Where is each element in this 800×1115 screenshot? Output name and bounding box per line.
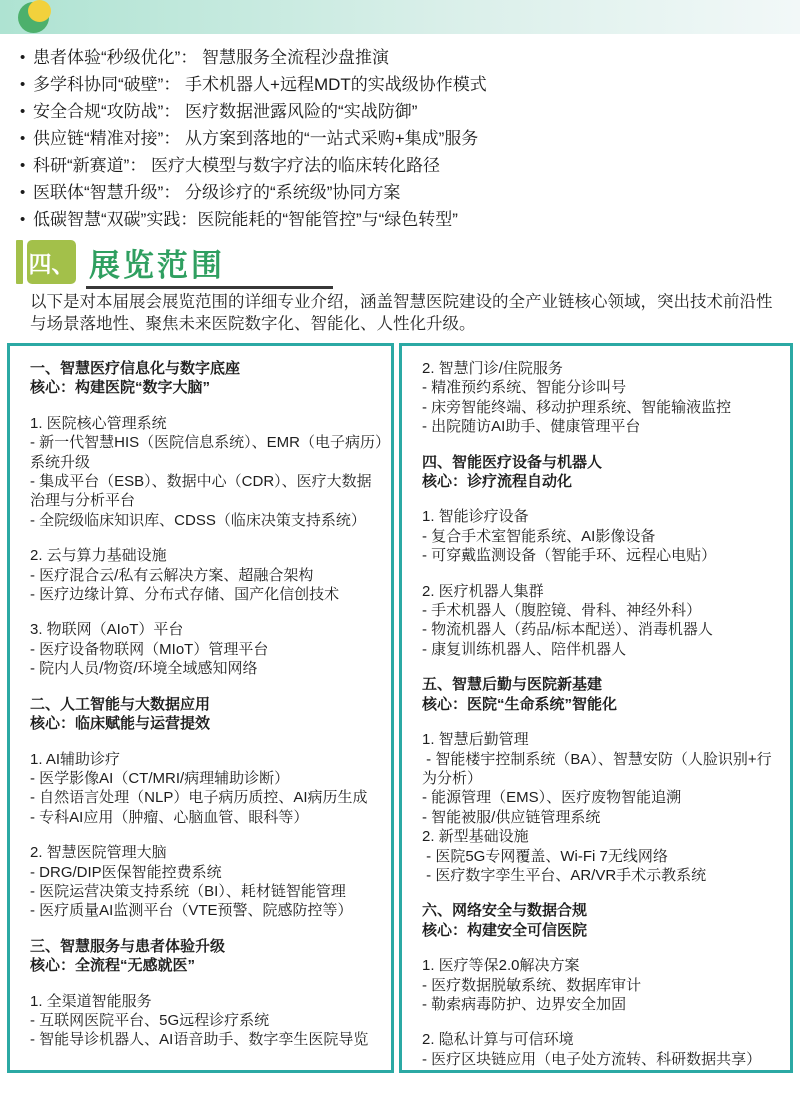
bullet-item: 医联体“智慧升级”： 分级诊疗的“系统级”协同方案: [20, 179, 784, 206]
scope-text-line: - 精准预约系统、智能分诊叫号: [422, 378, 782, 397]
scope-text-line: 3. 物联网（AIoT）平台: [30, 620, 383, 639]
scope-text-line: - 医疗数据脱敏系统、数据库审计: [422, 976, 782, 995]
bullet-item: 科研“新赛道”： 医疗大模型与数字疗法的临床转化路径: [20, 152, 784, 179]
scope-text-line: - 医院运营决策支持系统（BI）、耗材链智能管理: [30, 882, 383, 901]
scope-text-line: - 可穿戴监测设备（智能手环、远程心电贴）: [422, 546, 782, 565]
scope-text-line: - 医学影像AI（CT/MRI/病理辅助诊断）: [30, 769, 383, 788]
scope-heading-line: 核心：构建医院“数字大脑”: [30, 378, 383, 397]
scope-heading-line: 核心：诊疗流程自动化: [422, 472, 782, 491]
scope-text-line: - 医疗数字孪生平台、AR/VR手术示教系统: [422, 866, 782, 885]
scope-text-line: - 可信身份认证（CA数字证书、FIDO）: [422, 1069, 782, 1073]
bullet-item: 患者体验“秒级优化”： 智慧服务全流程沙盘推演: [20, 44, 784, 71]
scope-text-line: - 智能楼宇控制系统（BA）、智慧安防（人脸识别+行为分析）: [422, 750, 782, 789]
scope-text-line: - DRG/DIP医保智能控费系统: [30, 863, 383, 882]
scope-text-line: - 勒索病毒防护、边界安全加固: [422, 995, 782, 1014]
scope-text-line: - 全院级临床知识库、CDSS（临床决策支持系统）: [30, 511, 383, 530]
scope-text-line: - 自然语言处理（NLP）电子病历质控、AI病历生成: [30, 788, 383, 807]
scope-text-line: - 智能被服/供应链管理系统: [422, 808, 782, 827]
scope-text-line: - 床旁智能终端、移动护理系统、智能输液监控: [422, 398, 782, 417]
scope-heading-line: 核心：临床赋能与运营提效: [30, 714, 383, 733]
scope-text-line: 2. 智慧门诊/住院服务: [422, 359, 782, 378]
scope-text-line: - 集成平台（ESB）、数据中心（CDR）、医疗大数据治理与分析平台: [30, 472, 383, 511]
scope-text-line: - 医疗混合云/私有云解决方案、超融合架构: [30, 566, 383, 585]
scope-text-line: 2. 智慧医院管理大脑: [30, 843, 383, 862]
logo-yellow-circle-icon: [28, 0, 51, 22]
scope-text-line: - 康复训练机器人、陪伴机器人: [422, 640, 782, 659]
bullet-item: 供应链“精准对接”： 从方案到落地的“一站式采购+集成”服务: [20, 125, 784, 152]
scope-text-line: - 新一代智慧HIS（医院信息系统）、EMR（电子病历）系统升级: [30, 433, 383, 472]
exhibit-scope-columns: 一、智慧医疗信息化与数字底座核心：构建医院“数字大脑”1. 医院核心管理系统- …: [7, 343, 793, 1073]
scope-text-line: 1. AI辅助诊疗: [30, 750, 383, 769]
scope-text-line: 1. 全渠道智能服务: [30, 992, 383, 1011]
scope-text-line: 2. 医疗机器人集群: [422, 582, 782, 601]
exhibit-scope-box-left: 一、智慧医疗信息化与数字底座核心：构建医院“数字大脑”1. 医院核心管理系统- …: [7, 343, 394, 1073]
scope-text-line: - 物流机器人（药品/标本配送）、消毒机器人: [422, 620, 782, 639]
logo-icon: [0, 0, 60, 40]
intro-paragraph: 以下是对本届展会展览范围的详细专业介绍，涵盖智慧医院建设的全产业链核心领域，突出…: [30, 292, 778, 335]
section-header: 四、 展览范围: [16, 240, 225, 284]
scope-text-line: - 医疗设备物联网（MIoT）管理平台: [30, 640, 383, 659]
scope-text-line: 2. 隐私计算与可信环境: [422, 1030, 782, 1049]
scope-text-line: - 医院5G专网覆盖、Wi-Fi 7无线网络: [422, 847, 782, 866]
section-title: 展览范围: [89, 240, 225, 284]
scope-text-line: 1. 智慧后勤管理: [422, 730, 782, 749]
highlight-bullet-list: 患者体验“秒级优化”： 智慧服务全流程沙盘推演多学科协同“破壁”： 手术机器人+…: [20, 44, 784, 233]
scope-text-line: 1. 医疗等保2.0解决方案: [422, 956, 782, 975]
section-title-underline: [86, 286, 333, 289]
scope-text-line: 2. 云与算力基础设施: [30, 546, 383, 565]
scope-text-line: - 复合手术室智能系统、AI影像设备: [422, 527, 782, 546]
scope-text-line: - 医疗区块链应用（电子处方流转、科研数据共享）: [422, 1050, 782, 1069]
page: 患者体验“秒级优化”： 智慧服务全流程沙盘推演多学科协同“破壁”： 手术机器人+…: [0, 0, 800, 1115]
scope-heading-line: 核心：医院“生命系统”智能化: [422, 695, 782, 714]
scope-heading-line: 六、网络安全与数据合规: [422, 901, 782, 920]
scope-text-line: - 出院随访AI助手、健康管理平台: [422, 417, 782, 436]
scope-heading-line: 四、智能医疗设备与机器人: [422, 453, 782, 472]
bullet-item: 安全合规“攻防战”： 医疗数据泄露风险的“实战防御”: [20, 98, 784, 125]
scope-text-line: - 专科AI应用（肿瘤、心脑血管、眼科等）: [30, 808, 383, 827]
section-index-badge: 四、: [27, 240, 76, 284]
scope-text-line: - 手术机器人（腹腔镜、骨科、神经外科）: [422, 601, 782, 620]
section-accent-bar: [16, 240, 23, 284]
bullet-item: 低碳智慧“双碳”实践：医院能耗的“智能管控”与“绿色转型”: [20, 206, 784, 233]
bullet-item: 多学科协同“破壁”： 手术机器人+远程MDT的实战级协作模式: [20, 71, 784, 98]
scope-heading-line: 核心：全流程“无感就医”: [30, 956, 383, 975]
scope-text-line: 2. 新型基础设施: [422, 827, 782, 846]
scope-heading-line: 三、智慧服务与患者体验升级: [30, 937, 383, 956]
scope-heading-line: 二、人工智能与大数据应用: [30, 695, 383, 714]
scope-text-line: - 院内人员/物资/环境全域感知网络: [30, 659, 383, 678]
exhibit-scope-box-right: 2. 智慧门诊/住院服务- 精准预约系统、智能分诊叫号- 床旁智能终端、移动护理…: [399, 343, 793, 1073]
scope-text-line: - 智能导诊机器人、AI语音助手、数字孪生医院导览: [30, 1030, 383, 1049]
scope-text-line: - 医疗边缘计算、分布式存储、国产化信创技术: [30, 585, 383, 604]
scope-heading-line: 五、智慧后勤与医院新基建: [422, 675, 782, 694]
scope-text-line: - 能源管理（EMS）、医疗废物智能追溯: [422, 788, 782, 807]
scope-heading-line: 核心：构建安全可信医院: [422, 921, 782, 940]
scope-heading-line: 一、智慧医疗信息化与数字底座: [30, 359, 383, 378]
scope-text-line: 1. 医院核心管理系统: [30, 414, 383, 433]
scope-text-line: 1. 智能诊疗设备: [422, 507, 782, 526]
scope-text-line: - 医疗质量AI监测平台（VTE预警、院感防控等）: [30, 901, 383, 920]
header-band: [0, 0, 800, 34]
scope-text-line: - 互联网医院平台、5G远程诊疗系统: [30, 1011, 383, 1030]
